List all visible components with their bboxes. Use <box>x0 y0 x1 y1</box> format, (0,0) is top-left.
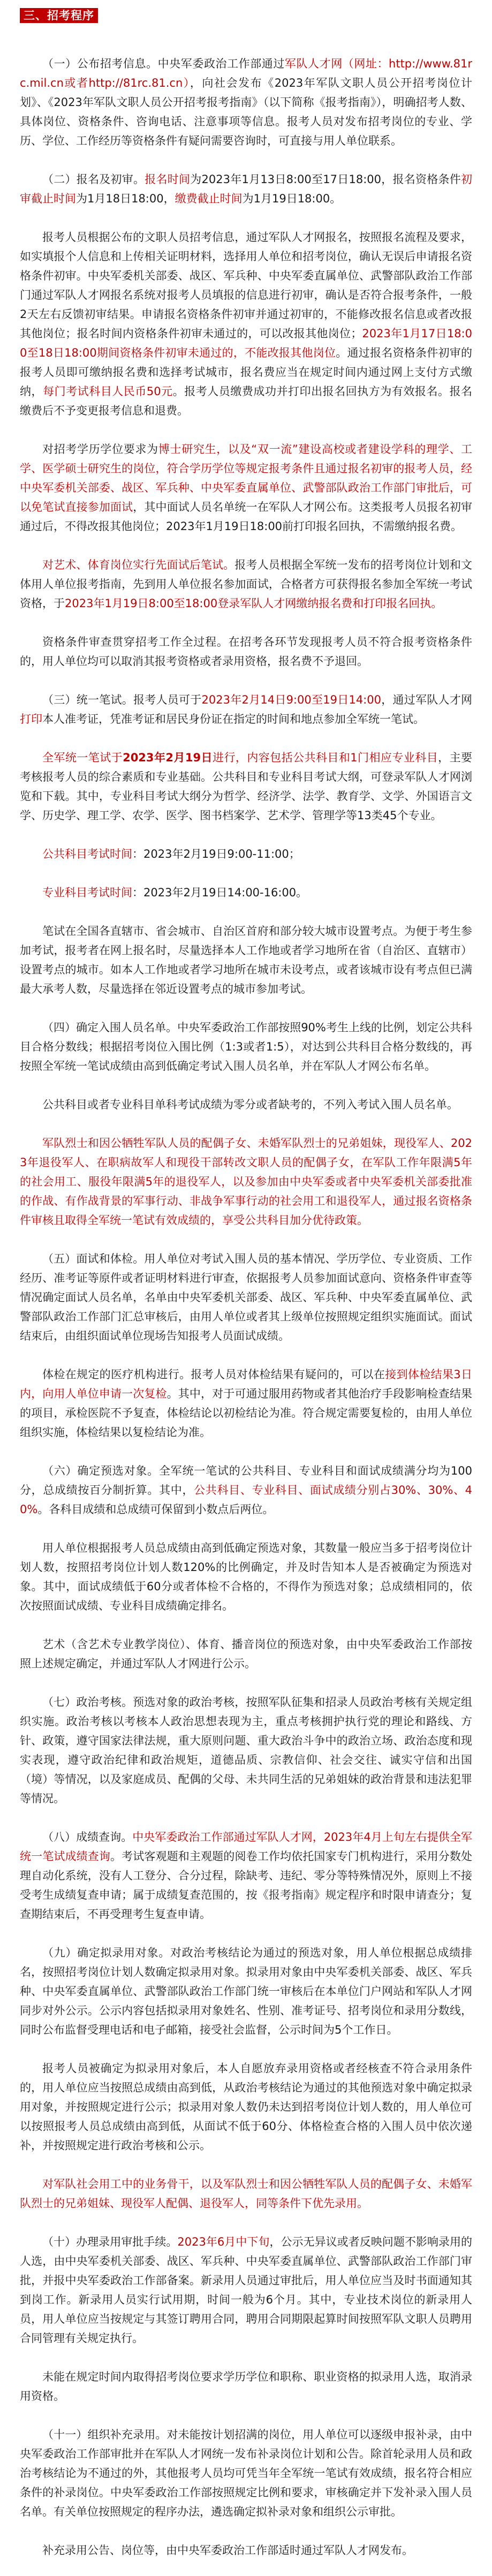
text-segment: （十）办理录用审批手续。 <box>42 2235 177 2248</box>
paragraph: （五）面试和体检。用人单位对考试入围人员的基本情况、学历学位、专业资质、工作经历… <box>20 1249 472 1346</box>
highlighted-text: 缴费截止时间 <box>175 192 243 205</box>
paragraph: （四）确定入围人员名单。中央军委政治工作部按照90%考生上线的比例，划定公共科目… <box>20 1018 472 1076</box>
text-segment: （一）公布招考信息。中央军委政治工作部通过 <box>42 57 285 70</box>
article-body: 三、招考程序 （一）公布招考信息。中央军委政治工作部通过军队人才网（网址：htt… <box>0 0 492 2576</box>
paragraph: （八）成绩查询。中央军委政治工作部通过军队人才网，2023年4月上旬左右提供全军… <box>20 1827 472 1924</box>
highlighted-text: 全军统一笔试于 <box>42 751 123 764</box>
text-segment: 。各科目成绩和总成绩可保留到小数点后两位。 <box>37 1503 274 1516</box>
highlighted-text: 对军队社会用工中的业务骨干，以及军队烈士和因公牺牲军队人员的配偶子女、未婚军队烈… <box>20 2178 472 2210</box>
paragraph: 公共科目或者专业科目单科考试成绩为零分或者缺考的，不列入考试入围人员名单。 <box>20 1095 472 1114</box>
text-segment: ，通过军队人才网 <box>381 693 472 706</box>
text-segment: 为2023年1月13日8:00至17日18:00，报名资格条件 <box>190 173 461 186</box>
paragraph: 专业科目考试时间：2023年2月19日14:00-16:00。 <box>20 883 472 902</box>
paragraph: （六）确定预选对象。全军统一笔试的公共科目、专业科目和面试成绩满分均为100分，… <box>20 1461 472 1519</box>
text-segment: 未能在规定时间内取得招考岗位要求学历学位和职称、职业资格的拟录用人选，取消录用资… <box>20 2370 472 2403</box>
text-segment: ：2023年2月19日14:00-16:00。 <box>132 886 307 899</box>
paragraph: 对艺术、体育岗位实行先面试后笔试。报考人员根据全军统一发布的招考岗位计划和文体用… <box>20 555 472 613</box>
text-segment: （九）确定拟录用对象。对政治考核结论为通过的预选对象，用人单位根据总成绩排名，按… <box>20 1946 472 2036</box>
text-segment: （二）报名及初审。 <box>42 173 145 186</box>
paragraph: （一）公布招考信息。中央军委政治工作部通过军队人才网（网址：http://www… <box>20 54 472 150</box>
paragraph: 体检在规定的医疗机构进行。报考人员对体检结果有疑问的，可以在接到体检结果3日内，… <box>20 1365 472 1442</box>
highlighted-text: 专业科目考试时间 <box>42 886 132 899</box>
highlighted-text: 2023年2月14日9:00至19日14:00 <box>202 693 381 706</box>
highlighted-text: 2023年6月中下旬 <box>177 2235 269 2248</box>
paragraph: 用人单位根据报考人员总成绩由高到低确定预选对象，其数量一般应当多于招考岗位计划人… <box>20 1538 472 1615</box>
paragraph: 未能在规定时间内取得招考岗位要求学历学位和职称、职业资格的拟录用人选，取消录用资… <box>20 2367 472 2406</box>
text-segment: 公共科目或者专业科目单科考试成绩为零分或者缺考的，不列入考试入围人员名单。 <box>42 1098 458 1111</box>
text-segment: 本人准考证，凭准考证和居民身份证在指定的时间和地点参加全军统一笔试。 <box>42 713 425 726</box>
paragraph: 全军统一笔试于2023年2月19日进行，内容包括公共科目和1门相应专业科目，主要… <box>20 748 472 825</box>
paragraph: （九）确定拟录用对象。对政治考核结论为通过的预选对象，用人单位根据总成绩排名，按… <box>20 1943 472 2039</box>
paragraph: （三）统一笔试。报考人员可于2023年2月14日9:00至19日14:00，通过… <box>20 690 472 729</box>
text-segment: 用人单位根据报考人员总成绩由高到低确定预选对象，其数量一般应当多于招考岗位计划人… <box>20 1542 472 1612</box>
text-segment: 报考人员根据公布的文职人员招考信息，通过军队人才网报名，按照报名流程及要求，如实… <box>20 231 472 340</box>
text-segment: ：2023年2月19日9:00-11:00； <box>132 848 300 860</box>
highlighted-text: 报名时间 <box>145 173 190 186</box>
text-segment: 资格条件审查贯穿招考工作全过程。在招考各环节发现报考人员不符合报考资格条件的，用… <box>20 636 472 668</box>
section-heading: 三、招考程序 <box>20 8 98 23</box>
paragraph: 补充录用公告、岗位等，由中央军委政治工作部适时通过军队人才网发布。 <box>20 2541 472 2560</box>
paragraph: 对招考学历学位要求为博士研究生，以及“双一流”建设高校或者建设学科的理学、工学、… <box>20 440 472 536</box>
paragraph: 报考人员被确定为拟录用对象后，本人自愿放弃录用资格或者经核查不符合录用条件的，用… <box>20 2059 472 2155</box>
highlighted-text: 每门考试科目人民币50元 <box>43 385 173 398</box>
text-segment: （七）政治考核。预选对象的政治考核，按照军队征集和招录人员政治考核有关规定组织实… <box>20 1696 472 1805</box>
text-segment: ，公示无异议或者反映问题不影响录用的人选，由中央军委机关部委、战区、军兵种、中央… <box>20 2235 472 2345</box>
text-segment: （十一）组织补充录用。对未能按计划招满的岗位，用人单位可以逐级申报补录，由中央军… <box>20 2428 472 2518</box>
paragraph: 报考人员根据公布的文职人员招考信息，通过军队人才网报名，按照报名流程及要求，如实… <box>20 228 472 420</box>
text-segment: （五）面试和体检。用人单位对考试入围人员的基本情况、学历学位、专业资质、工作经历… <box>20 1252 472 1342</box>
text-segment: 报考人员被确定为拟录用对象后，本人自愿放弃录用资格或者经核查不符合录用条件的，用… <box>20 2062 472 2152</box>
highlighted-text: 2023年2月19日 <box>123 751 213 764</box>
text-segment: 补充录用公告、岗位等，由中央军委政治工作部适时通过军队人才网发布。 <box>42 2544 413 2557</box>
paragraph: 艺术（含艺术专业教学岗位）、体育、播音岗位的预选对象，由中央军委政治工作部按照上… <box>20 1635 472 1673</box>
text-segment: 笔试在全国各直辖市、省会城市、自治区首府和部分较大城市设置考点。为便于考生参加考… <box>20 925 472 995</box>
paragraph: （十）办理录用审批手续。2023年6月中下旬，公示无异议或者反映问题不影响录用的… <box>20 2232 472 2348</box>
paragraph: （七）政治考核。预选对象的政治考核，按照军队征集和招录人员政治考核有关规定组织实… <box>20 1693 472 1808</box>
text-segment: 艺术（含艺术专业教学岗位）、体育、播音岗位的预选对象，由中央军委政治工作部按照上… <box>20 1638 472 1670</box>
text-segment: （三）统一笔试。报考人员可于 <box>42 693 202 706</box>
text-segment: （四）确定入围人员名单。中央军委政治工作部按照90%考生上线的比例，划定公共科目… <box>20 1021 472 1072</box>
paragraph: （十一）组织补充录用。对未能按计划招满的岗位，用人单位可以逐级申报补录，由中央军… <box>20 2425 472 2521</box>
text-segment: 体检在规定的医疗机构进行。报考人员对体检结果有疑问的，可以在 <box>42 1368 385 1381</box>
text-segment: 为1月19日18:00。 <box>243 192 342 205</box>
paragraph: 笔试在全国各直辖市、省会城市、自治区首府和部分较大城市设置考点。为便于考生参加考… <box>20 921 472 999</box>
paragraph: 资格条件审查贯穿招考工作全过程。在招考各环节发现报考人员不符合报考资格条件的，用… <box>20 632 472 671</box>
paragraph-list: （一）公布招考信息。中央军委政治工作部通过军队人才网（网址：http://www… <box>20 54 472 2560</box>
highlighted-text: 2023年1月19日8:00至18:00登录军队人才网缴纳报名费和打印报名回执。 <box>65 597 442 610</box>
paragraph: 军队烈士和因公牺牲军队人员的配偶子女、未婚军队烈士的兄弟姐妹，现役军人、2023… <box>20 1134 472 1230</box>
highlighted-text: 对艺术、体育岗位实行先面试后笔试。 <box>42 558 234 571</box>
highlighted-text: 打印 <box>20 713 42 726</box>
text-segment: （八）成绩查询。 <box>42 1831 132 1844</box>
highlighted-text: 公共科目考试时间 <box>42 848 132 860</box>
highlighted-text: 军队烈士和因公牺牲军队人员的配偶子女、未婚军队烈士的兄弟姐妹，现役军人、2023… <box>20 1137 472 1227</box>
paragraph: （二）报名及初审。报名时间为2023年1月13日8:00至17日18:00，报名… <box>20 170 472 208</box>
paragraph: 对军队社会用工中的业务骨干，以及军队烈士和因公牺牲军队人员的配偶子女、未婚军队烈… <box>20 2174 472 2213</box>
paragraph: 公共科目考试时间：2023年2月19日9:00-11:00； <box>20 844 472 864</box>
text-segment: 对招考学历学位要求为 <box>42 443 158 456</box>
highlighted-text: 进行，内容包括公共科目和1门相应专业科目 <box>213 751 438 764</box>
text-segment: 为1月18日18:00， <box>76 192 175 205</box>
